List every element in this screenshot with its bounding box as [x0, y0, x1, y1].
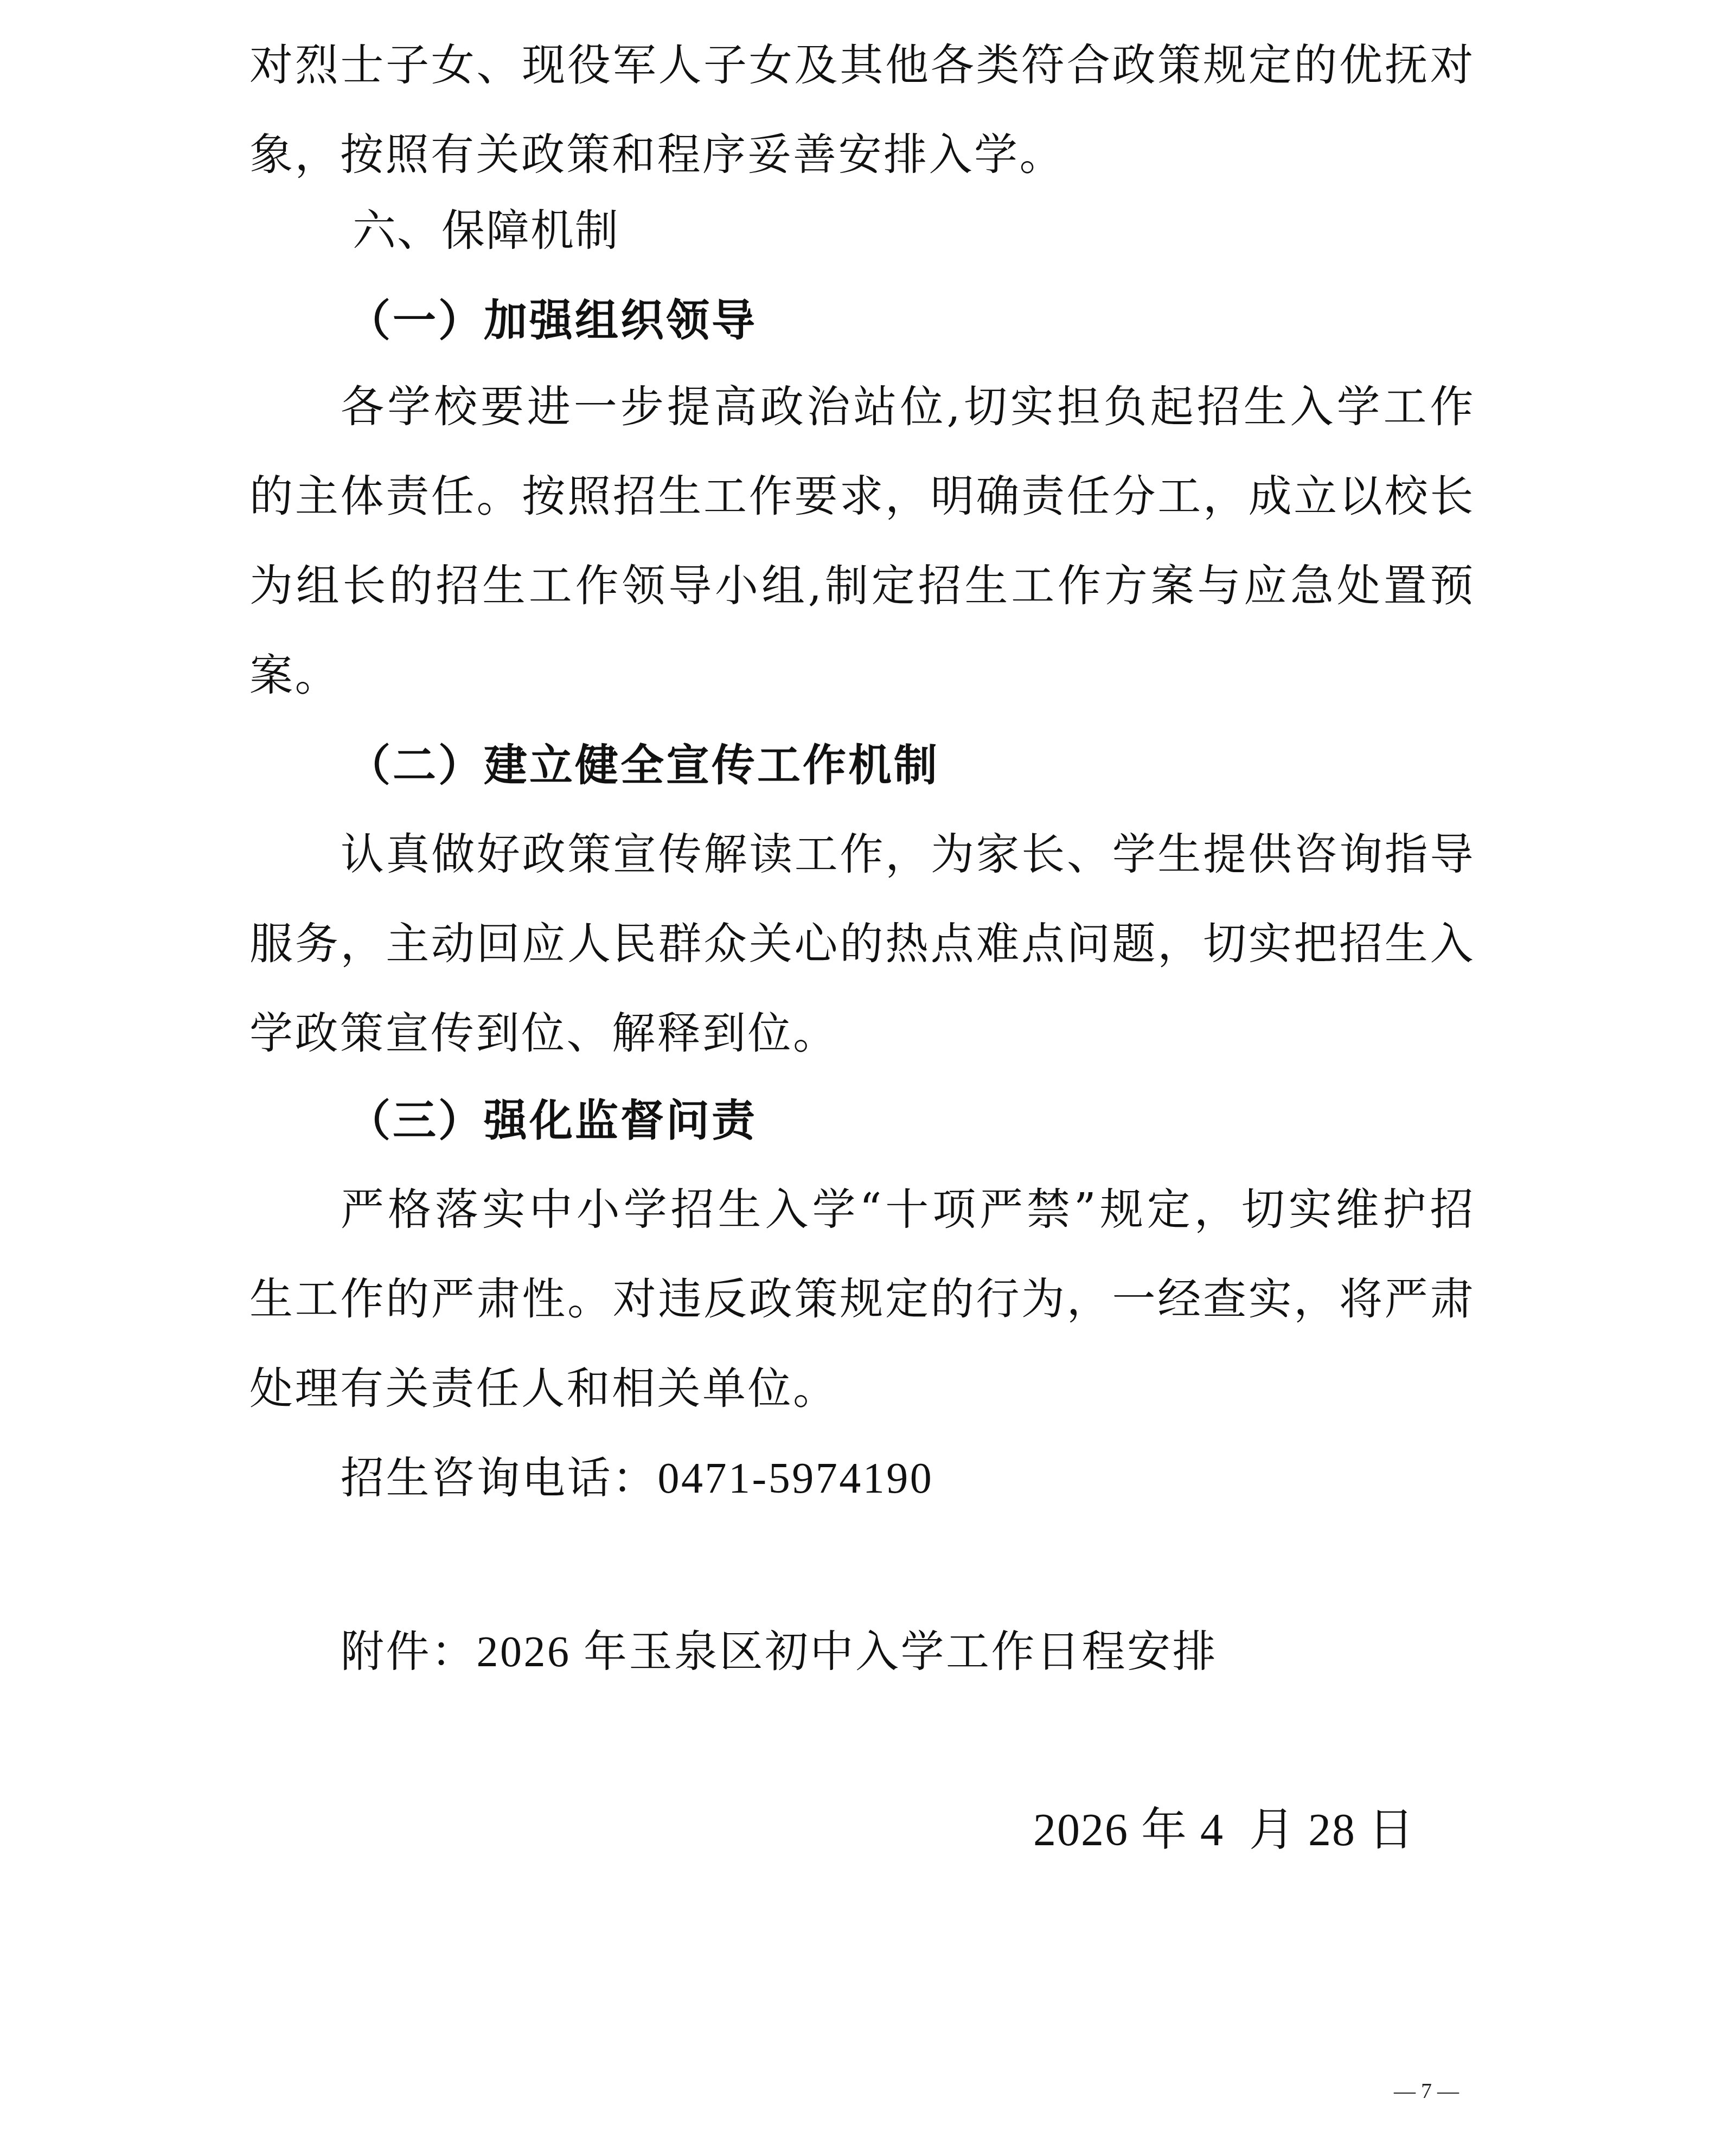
- document-page: 对烈士子女、现役军人子女及其他各类符合政策规定的优抚对 象，按照有关政策和程序妥…: [0, 0, 1722, 2156]
- attachment-line: 附件：2026 年玉泉区初中入学工作日程安排: [341, 1624, 1218, 1679]
- section-heading: 六、保障机制: [353, 203, 619, 258]
- page-number: — 7 —: [1394, 2077, 1459, 2104]
- paragraph-line: 为组长的招生工作领导小组,制定招生工作方案与应急处置预: [249, 559, 1475, 613]
- paragraph-line: 对烈士子女、现役军人子女及其他各类符合政策规定的优抚对: [249, 38, 1475, 92]
- subsection-heading: （二）建立健全宣传工作机制: [347, 738, 939, 792]
- attachment-title: 2026 年玉泉区初中入学工作日程安排: [477, 1628, 1218, 1676]
- paragraph-line: 处理有关责任人和相关单位。: [249, 1361, 1475, 1416]
- paragraph-line: 各学校要进一步提高政治站位,切实担负起招生入学工作: [341, 380, 1475, 434]
- subsection-heading: （三）强化监督问责: [347, 1093, 757, 1147]
- paragraph-line: 案。: [249, 648, 1475, 702]
- contact-phone: 0471-5974190: [658, 1455, 934, 1502]
- paragraph-line: 生工作的严肃性。对违反政策规定的行为，一经查实，将严肃: [249, 1272, 1475, 1326]
- document-date: 2026 年 4 月 28 日: [1033, 1803, 1415, 1858]
- paragraph-line: 认真做好政策宣传解读工作，为家长、学生提供咨询指导: [341, 827, 1475, 881]
- contact-line: 招生咨询电话：0471-5974190: [341, 1451, 933, 1505]
- paragraph-line: 的主体责任。按照招生工作要求，明确责任分工，成立以校长: [249, 469, 1475, 523]
- paragraph-line: 学政策宣传到位、解释到位。: [249, 1006, 1475, 1060]
- attachment-label: 附件：: [341, 1626, 477, 1677]
- paragraph-line: 服务，主动回应人民群众关心的热点难点问题，切实把招生入: [249, 917, 1475, 971]
- paragraph-line: 严格落实中小学招生入学“十项严禁”规定，切实维护招: [341, 1182, 1475, 1237]
- subsection-heading: （一）加强组织领导: [347, 293, 757, 347]
- paragraph-line: 象，按照有关政策和程序妥善安排入学。: [249, 127, 1475, 182]
- contact-label: 招生咨询电话：: [341, 1453, 658, 1503]
